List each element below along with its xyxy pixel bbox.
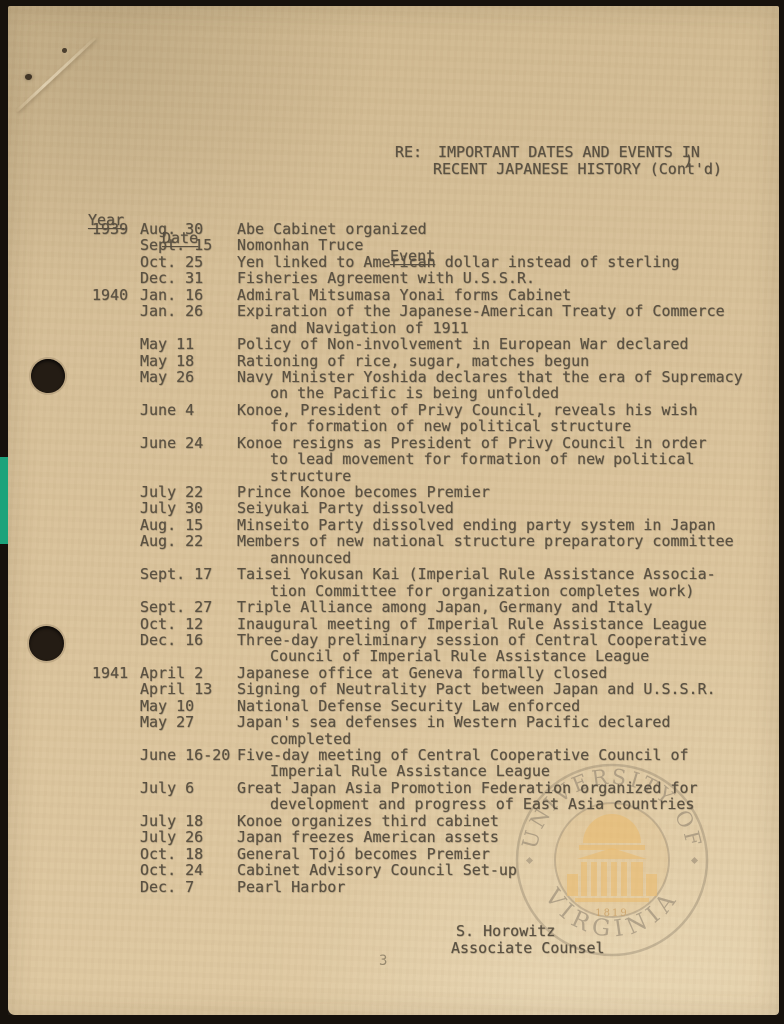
row-event: Triple Alliance among Japan, Germany and…	[237, 598, 652, 616]
table-row-line: on the Pacific is being unfolded	[0, 384, 784, 400]
row-event: Japan freezes American assets	[237, 828, 499, 846]
signature-title: Associate Counsel	[451, 940, 605, 957]
row-date: April 13	[140, 680, 212, 698]
events-table: 1939 Aug. 30 Abe Cabinet organized Sept.…	[0, 220, 784, 894]
table-row-line: 1940 Jan. 16 Admiral Mitsumasa Yonai for…	[0, 286, 784, 302]
row-event: Cabinet Advisory Council Set-up	[237, 861, 517, 879]
table-header-row: Year Date Event	[0, 193, 784, 211]
row-date: Aug. 22	[140, 532, 203, 550]
row-date: May 10	[140, 697, 194, 715]
row-date: July 30	[140, 499, 203, 517]
row-date: Jan. 16	[140, 286, 203, 304]
row-year: 1941	[92, 664, 128, 682]
table-row-line: Oct. 25 Yen linked to American dollar in…	[0, 253, 784, 269]
table-row-line: July 6 Great Japan Asia Promotion Federa…	[0, 779, 784, 795]
row-date: June 4	[140, 401, 194, 419]
scanned-document-page: ) UNIVERSITY OF VIRGINIA	[0, 0, 784, 1024]
row-event: on the Pacific is being unfolded	[270, 384, 559, 402]
row-event: Three-day preliminary session of Central…	[237, 631, 707, 649]
row-event: Council of Imperial Rule Assistance Leag…	[270, 647, 649, 665]
row-date: Jan. 26	[140, 302, 203, 320]
row-event: Members of new national structure prepar…	[237, 532, 734, 550]
row-event: Abe Cabinet organized	[237, 220, 427, 238]
row-date: May 11	[140, 335, 194, 353]
row-event: and Navigation of 1911	[270, 319, 469, 337]
table-row-line: Sept. 15 Nomonhan Truce	[0, 236, 784, 252]
row-event: to lead movement for formation of new po…	[270, 450, 694, 468]
table-row-line: Sept. 17 Taisei Yokusan Kai (Imperial Ru…	[0, 565, 784, 581]
subject-line-1: IMPORTANT DATES AND EVENTS IN	[438, 144, 700, 161]
table-row-line: Aug. 15 Minseito Party dissolved ending …	[0, 516, 784, 532]
row-event: Pearl Harbor	[237, 878, 345, 896]
table-row-line: structure	[0, 467, 784, 483]
row-event: Fisheries Agreement with U.S.S.R.	[237, 269, 535, 287]
row-event: Policy of Non-involvement in European Wa…	[237, 335, 689, 353]
row-date: July 6	[140, 779, 194, 797]
row-year: 1939	[92, 220, 128, 238]
seal-year: 1819	[595, 908, 628, 919]
table-row-line: July 26 Japan freezes American assets	[0, 828, 784, 844]
subject-line-2: RECENT JAPANESE HISTORY (Cont'd)	[433, 161, 722, 178]
row-event: Five-day meeting of Central Cooperative …	[237, 746, 689, 764]
row-date: Aug. 15	[140, 516, 203, 534]
table-row-line: May 11 Policy of Non-involvement in Euro…	[0, 335, 784, 351]
row-event: Seiyukai Party dissolved	[237, 499, 454, 517]
row-event: Konoe resigns as President of Privy Coun…	[237, 434, 707, 452]
table-row-line: 1941 April 2 Japanese office at Geneva f…	[0, 664, 784, 680]
table-row-line: Aug. 22 Members of new national structur…	[0, 532, 784, 548]
row-event: Great Japan Asia Promotion Federation or…	[237, 779, 698, 797]
table-row-line: Oct. 12 Inaugural meeting of Imperial Ru…	[0, 615, 784, 631]
table-row-line: Jan. 26 Expiration of the Japanese-Ameri…	[0, 302, 784, 318]
table-row-line: June 24 Konoe resigns as President of Pr…	[0, 434, 784, 450]
row-date: Dec. 7	[140, 878, 194, 896]
table-row-line: Dec. 31 Fisheries Agreement with U.S.S.R…	[0, 269, 784, 285]
row-date: July 26	[140, 828, 203, 846]
table-row-line: Oct. 24 Cabinet Advisory Council Set-up	[0, 861, 784, 877]
row-date: Sept. 15	[140, 236, 212, 254]
table-row-line: April 13 Signing of Neutrality Pact betw…	[0, 680, 784, 696]
signature-block: S. Horowitz Associate Counsel	[0, 923, 784, 991]
table-row-line: 1939 Aug. 30 Abe Cabinet organized	[0, 220, 784, 236]
row-date: May 26	[140, 368, 194, 386]
table-row-line: Dec. 7 Pearl Harbor	[0, 878, 784, 894]
row-event: Taisei Yokusan Kai (Imperial Rule Assist…	[237, 565, 716, 583]
row-event: Konoe, President of Privy Council, revea…	[237, 401, 698, 419]
table-row-line: announced	[0, 549, 784, 565]
table-row-line: June 16-20 Five-day meeting of Central C…	[0, 746, 784, 762]
row-event: structure	[270, 467, 351, 485]
row-date: Oct. 12	[140, 615, 203, 633]
row-event: Navy Minister Yoshida declares that the …	[237, 368, 743, 386]
row-date: Dec. 31	[140, 269, 203, 287]
row-date: Dec. 16	[140, 631, 203, 649]
table-row-line: Imperial Rule Assistance League	[0, 762, 784, 778]
row-date: Sept. 27	[140, 598, 212, 616]
row-date: April 2	[140, 664, 203, 682]
table-row-line: June 4 Konoe, President of Privy Council…	[0, 401, 784, 417]
row-event: completed	[270, 730, 351, 748]
row-date: Oct. 18	[140, 845, 203, 863]
row-date: Oct. 25	[140, 253, 203, 271]
re-label: RE:	[395, 144, 422, 161]
row-date: May 27	[140, 713, 194, 731]
table-row-line: Dec. 16 Three-day preliminary session of…	[0, 631, 784, 647]
table-row-line: May 27 Japan's sea defenses in Western P…	[0, 713, 784, 729]
row-event: for formation of new political structure	[270, 417, 631, 435]
row-event: Japanese office at Geneva formally close…	[237, 664, 607, 682]
row-date: June 24	[140, 434, 203, 452]
row-event: Konoe organizes third cabinet	[237, 812, 499, 830]
page-number: 3	[379, 953, 387, 969]
table-row-line: May 26 Navy Minister Yoshida declares th…	[0, 368, 784, 384]
row-date: Sept. 17	[140, 565, 212, 583]
table-row-line: development and progress of East Asia co…	[0, 795, 784, 811]
table-row-line: July 18 Konoe organizes third cabinet	[0, 812, 784, 828]
row-event: Prince Konoe becomes Premier	[237, 483, 490, 501]
table-row-line: May 18 Rationing of rice, sugar, matches…	[0, 352, 784, 368]
table-row-line: May 10 National Defense Security Law enf…	[0, 697, 784, 713]
signature-name: S. Horowitz	[456, 923, 555, 940]
table-row-line: and Navigation of 1911	[0, 319, 784, 335]
row-event: Rationing of rice, sugar, matches begun	[237, 352, 589, 370]
table-row-line: for formation of new political structure	[0, 417, 784, 433]
table-row-line: July 22 Prince Konoe becomes Premier	[0, 483, 784, 499]
table-row-line: to lead movement for formation of new po…	[0, 450, 784, 466]
table-row-line: completed	[0, 730, 784, 746]
row-event: Minseito Party dissolved ending party sy…	[237, 516, 716, 534]
row-event: Imperial Rule Assistance League	[270, 762, 550, 780]
row-event: General Tojó becomes Premier	[237, 845, 490, 863]
row-event: Admiral Mitsumasa Yonai forms Cabinet	[237, 286, 571, 304]
row-event: Japan's sea defenses in Western Pacific …	[237, 713, 670, 731]
row-event: announced	[270, 549, 351, 567]
row-event: tion Committee for organization complete…	[270, 582, 694, 600]
row-date: July 18	[140, 812, 203, 830]
row-date: July 22	[140, 483, 203, 501]
table-row-line: Council of Imperial Rule Assistance Leag…	[0, 647, 784, 663]
row-event: Inaugural meeting of Imperial Rule Assis…	[237, 615, 707, 633]
row-event: Yen linked to American dollar instead of…	[237, 253, 680, 271]
table-row-line: July 30 Seiyukai Party dissolved	[0, 499, 784, 515]
table-row-line: Sept. 27 Triple Alliance among Japan, Ge…	[0, 598, 784, 614]
row-date: May 18	[140, 352, 194, 370]
table-row-line: tion Committee for organization complete…	[0, 582, 784, 598]
row-event: Signing of Neutrality Pact between Japan…	[237, 680, 716, 698]
row-date: Aug. 30	[140, 220, 203, 238]
row-date: June 16-20	[140, 746, 230, 764]
row-event: Expiration of the Japanese-American Trea…	[237, 302, 725, 320]
row-event: National Defense Security Law enforced	[237, 697, 580, 715]
table-row-line: Oct. 18 General Tojó becomes Premier	[0, 845, 784, 861]
row-event: development and progress of East Asia co…	[270, 795, 694, 813]
row-date: Oct. 24	[140, 861, 203, 879]
row-event: Nomonhan Truce	[237, 236, 363, 254]
row-year: 1940	[92, 286, 128, 304]
